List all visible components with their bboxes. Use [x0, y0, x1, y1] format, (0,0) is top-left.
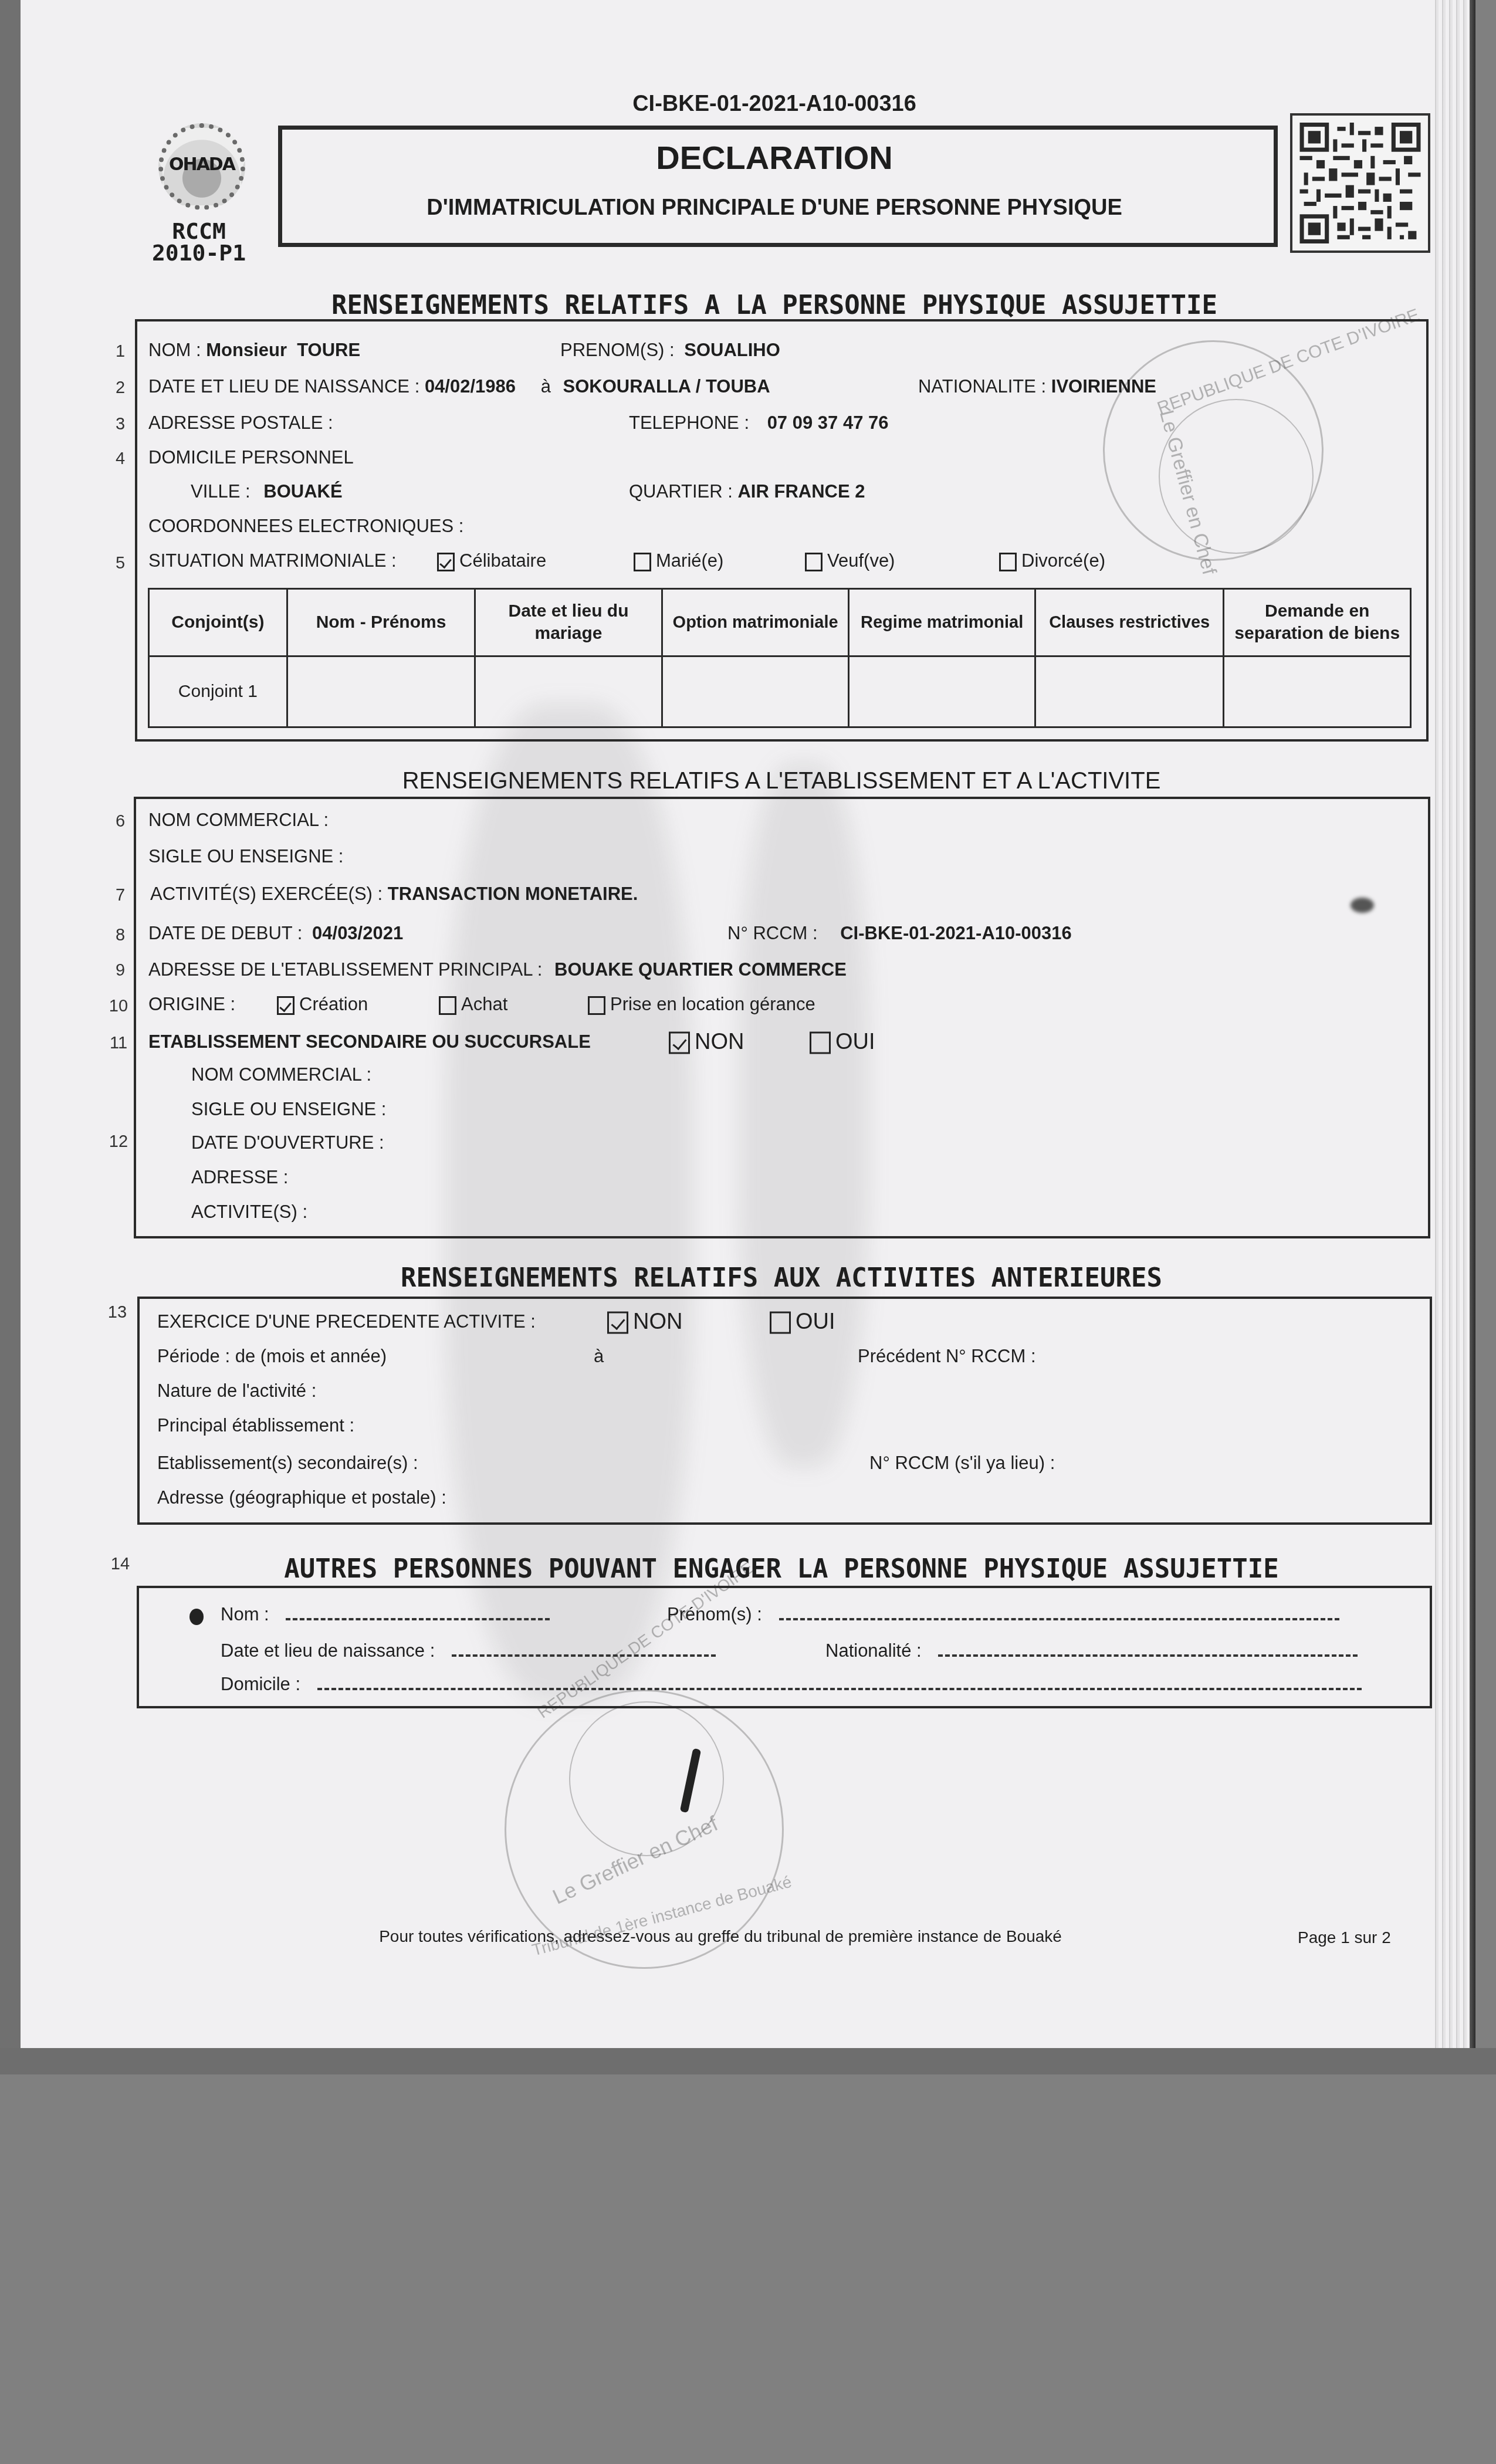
section-personne-title: RENSEIGNEMENTS RELATIFS A LA PERSONNE PH…	[331, 290, 1217, 320]
autres-prenoms-input[interactable]	[779, 1618, 1339, 1620]
checkbox-empty-icon[interactable]	[999, 553, 1017, 571]
adresse-etablissement-field: ADRESSE DE L'ETABLISSEMENT PRINCIPAL : B…	[148, 959, 847, 980]
autres-nom-label: Nom :	[221, 1604, 269, 1624]
section-etablissement-title: RENSEIGNEMENTS RELATIFS A L'ETABLISSEMEN…	[402, 768, 1161, 794]
checkbox-exercice-oui[interactable]: OUI	[770, 1309, 835, 1335]
row-number: 13	[108, 1303, 127, 1322]
autres-nom-field: Nom :	[221, 1604, 550, 1625]
rccm-label: N° RCCM :	[727, 923, 818, 943]
date-debut-value: 04/03/2021	[312, 923, 403, 943]
autres-nationalite-field: Nationalité :	[825, 1640, 1358, 1661]
date-debut-label: DATE DE DEBUT :	[148, 923, 302, 943]
adresse-anterieure-label: Adresse (géographique et postale) :	[157, 1487, 446, 1508]
prenoms-label: PRENOM(S) :	[560, 340, 675, 360]
adresse-etablissement-value: BOUAKE QUARTIER COMMERCE	[554, 959, 847, 980]
conjoint-table: Conjoint(s) Nom - Prénoms Date et lieu d…	[148, 588, 1412, 728]
rccm-field: N° RCCM : CI-BKE-01-2021-A10-00316	[727, 923, 1072, 944]
checkbox-label: Prise en location gérance	[610, 994, 815, 1014]
table-cell	[1035, 656, 1224, 727]
ohada-logo-text: OHADA	[169, 154, 235, 175]
rccm-value: CI-BKE-01-2021-A10-00316	[840, 923, 1072, 943]
checkbox-label: Création	[299, 994, 368, 1014]
scan-edge-shading	[1431, 0, 1475, 2048]
autres-prenoms-label: Prénom(s) :	[667, 1604, 762, 1624]
checkbox-empty-icon[interactable]	[588, 996, 605, 1015]
sec-sigle-label: SIGLE OU ENSEIGNE :	[191, 1099, 386, 1120]
nationalite-label: NATIONALITE :	[918, 376, 1046, 397]
origine-label: ORIGINE :	[148, 994, 235, 1015]
naissance-label: DATE ET LIEU DE NAISSANCE :	[148, 376, 419, 397]
nom-commercial-label: NOM COMMERCIAL :	[148, 810, 329, 831]
form-code-version: 2010-P1	[152, 240, 246, 266]
table-row: Conjoint 1	[149, 656, 1411, 727]
checkbox-empty-icon[interactable]	[810, 1031, 831, 1054]
exercice-label: EXERCICE D'UNE PRECEDENTE ACTIVITE :	[157, 1311, 536, 1332]
adresse-postale-label: ADRESSE POSTALE :	[148, 412, 333, 434]
precedent-rccm-label: Précédent N° RCCM :	[858, 1346, 1036, 1367]
quartier-value: AIR FRANCE 2	[737, 481, 865, 502]
situation-label: SITUATION MATRIMONIALE :	[148, 550, 397, 571]
checkbox-achat[interactable]: Achat	[439, 994, 507, 1015]
checkbox-empty-icon[interactable]	[770, 1311, 791, 1333]
autres-prenoms-field: Prénom(s) :	[667, 1604, 1339, 1625]
sec-activites-label: ACTIVITE(S) :	[191, 1201, 307, 1223]
qr-code-pattern	[1299, 123, 1421, 243]
periode-a: à	[594, 1346, 604, 1367]
autres-nom-input[interactable]	[286, 1618, 550, 1620]
checkbox-empty-icon[interactable]	[634, 553, 651, 571]
scan-background-band	[0, 2048, 1496, 2074]
ville-label: VILLE :	[191, 481, 251, 502]
footer-note: Pour toutes vérifications, adressez-vous…	[379, 1927, 1062, 1946]
naissance-lieu: SOKOURALLA / TOUBA	[563, 376, 770, 397]
checkbox-label: Célibataire	[459, 550, 546, 571]
nature-label: Nature de l'activité :	[157, 1380, 316, 1402]
row-number: 7	[116, 886, 125, 905]
reference-number: CI-BKE-01-2021-A10-00316	[632, 92, 916, 117]
autres-nationalite-input[interactable]	[938, 1654, 1358, 1657]
checkbox-label: Marié(e)	[656, 550, 723, 571]
checkbox-divorce[interactable]: Divorcé(e)	[999, 550, 1105, 571]
column-header: Regime matrimonial	[849, 589, 1035, 656]
checkbox-marie[interactable]: Marié(e)	[634, 550, 723, 571]
quartier-label: QUARTIER :	[629, 481, 733, 502]
nationalite-value: IVOIRIENNE	[1051, 376, 1156, 397]
ville-field: VILLE : BOUAKÉ	[191, 481, 343, 502]
row-number: 11	[110, 1034, 127, 1053]
checkbox-label: Divorcé(e)	[1021, 550, 1105, 571]
autres-domicile-field: Domicile :	[221, 1674, 1362, 1695]
checkbox-veuf[interactable]: Veuf(ve)	[805, 550, 895, 571]
activites-field: ACTIVITÉ(S) EXERCÉE(S) : TRANSACTION MON…	[150, 884, 638, 905]
table-cell	[1224, 656, 1411, 727]
row-number: 4	[116, 449, 125, 469]
secondaires-label: Etablissement(s) secondaire(s) :	[157, 1453, 418, 1474]
document-subtitle: D'IMMATRICULATION PRINCIPALE D'UNE PERSO…	[427, 195, 1122, 221]
nom-value: Monsieur TOURE	[206, 340, 360, 360]
activites-value: TRANSACTION MONETAIRE.	[388, 884, 638, 904]
column-header: Option matrimoniale	[662, 589, 849, 656]
row-number: 2	[116, 378, 125, 398]
principal-label: Principal établissement :	[157, 1415, 354, 1436]
row-number: 9	[116, 961, 125, 980]
column-header: Clauses restrictives	[1035, 589, 1224, 656]
ville-value: BOUAKÉ	[263, 481, 342, 502]
checkbox-label: NON	[633, 1309, 682, 1334]
table-cell	[475, 656, 662, 727]
telephone-label: TELEPHONE :	[629, 412, 749, 433]
periode-label: Période : de (mois et année)	[157, 1346, 387, 1367]
row-number: 14	[111, 1555, 130, 1574]
table-cell	[662, 656, 849, 727]
checkbox-label: NON	[695, 1030, 744, 1054]
secondaire-label: ETABLISSEMENT SECONDAIRE OU SUCCURSALE	[148, 1031, 591, 1052]
telephone-field: TELEPHONE : 07 09 37 47 76	[629, 412, 888, 434]
column-header: Nom - Prénoms	[287, 589, 475, 656]
activites-label: ACTIVITÉ(S) EXERCÉE(S) :	[150, 884, 383, 904]
row-number: 6	[116, 812, 125, 831]
checkbox-exercice-non[interactable]: NON	[607, 1309, 682, 1335]
autres-nationalite-label: Nationalité :	[825, 1640, 922, 1661]
conjoint-table-header: Conjoint(s) Nom - Prénoms Date et lieu d…	[149, 589, 1411, 656]
autres-naissance-field: Date et lieu de naissance :	[221, 1640, 716, 1661]
autres-domicile-label: Domicile :	[221, 1674, 300, 1694]
checkbox-empty-icon[interactable]	[439, 996, 456, 1015]
qr-code-icon	[1290, 113, 1430, 253]
domicile-label: DOMICILE PERSONNEL	[148, 447, 354, 468]
row-number: 1	[116, 342, 125, 361]
prenoms-value: SOUALIHO	[684, 340, 780, 360]
column-header: Demande en separation de biens	[1224, 589, 1411, 656]
checkbox-label: Veuf(ve)	[827, 550, 895, 571]
sec-adresse-label: ADRESSE :	[191, 1167, 288, 1188]
checkbox-checked-icon[interactable]	[669, 1031, 690, 1054]
table-cell	[287, 656, 475, 727]
checkbox-label: OUI	[835, 1030, 875, 1054]
table-cell	[849, 656, 1035, 727]
checkbox-creation[interactable]: Création	[277, 994, 368, 1015]
date-debut-field: DATE DE DEBUT : 04/03/2021	[148, 923, 403, 944]
naissance-field: DATE ET LIEU DE NAISSANCE : 04/02/1986 à…	[148, 376, 770, 397]
checkbox-empty-icon[interactable]	[805, 553, 823, 571]
scan-edge	[1470, 0, 1475, 2048]
sec-nom-commercial-label: NOM COMMERCIAL :	[191, 1064, 371, 1085]
checkbox-celibataire[interactable]: Célibataire	[437, 550, 546, 571]
quartier-field: QUARTIER : AIR FRANCE 2	[629, 481, 865, 502]
scan-background-left	[0, 0, 21, 2074]
row-number: 3	[116, 415, 125, 434]
document-title: DECLARATION	[656, 138, 892, 177]
autres-naissance-label: Date et lieu de naissance :	[221, 1640, 435, 1661]
checkbox-label: Achat	[461, 994, 507, 1014]
table-cell: Conjoint 1	[149, 656, 287, 727]
checkbox-label: OUI	[796, 1309, 835, 1334]
row-number: 8	[116, 926, 125, 945]
row-number: 12	[109, 1132, 128, 1152]
adresse-etablissement-label: ADRESSE DE L'ETABLISSEMENT PRINCIPAL :	[148, 959, 542, 980]
telephone-value: 07 09 37 47 76	[767, 412, 889, 433]
sigle-label: SIGLE OU ENSEIGNE :	[148, 846, 343, 867]
checkbox-secondaire-non[interactable]: NON	[669, 1030, 744, 1055]
column-header: Conjoint(s)	[149, 589, 287, 656]
ohada-logo: OHADA	[158, 123, 245, 210]
section-autres-title: AUTRES PERSONNES POUVANT ENGAGER LA PERS…	[284, 1554, 1278, 1584]
page-indicator: Page 1 sur 2	[1298, 1928, 1391, 1947]
row-number: 5	[116, 554, 125, 573]
naissance-date: 04/02/1986	[425, 376, 516, 397]
nom-label: NOM :	[148, 340, 201, 360]
checkbox-location-gerance[interactable]: Prise en location gérance	[588, 994, 815, 1015]
checkbox-secondaire-oui[interactable]: OUI	[810, 1030, 875, 1055]
nationalite-field: NATIONALITE : IVOIRIENNE	[918, 376, 1156, 397]
row-number: 10	[109, 997, 128, 1016]
autres-domicile-input[interactable]	[317, 1688, 1362, 1690]
section-anterieures-title: RENSEIGNEMENTS RELATIFS AUX ACTIVITES AN…	[401, 1263, 1162, 1293]
bullet-icon	[189, 1609, 204, 1625]
checkbox-checked-icon[interactable]	[437, 553, 455, 571]
column-header: Date et lieu du mariage	[475, 589, 662, 656]
checkbox-checked-icon[interactable]	[607, 1311, 628, 1333]
autres-naissance-input[interactable]	[452, 1654, 716, 1657]
coordonnees-label: COORDONNEES ELECTRONIQUES :	[148, 516, 463, 537]
naissance-a: à	[541, 376, 551, 397]
rccm-lieu-label: N° RCCM (s'il ya lieu) :	[869, 1453, 1055, 1474]
prenoms-field: PRENOM(S) : SOUALIHO	[560, 340, 780, 361]
checkbox-checked-icon[interactable]	[277, 996, 295, 1015]
nom-field: NOM : Monsieur TOURE	[148, 340, 360, 361]
sec-date-ouverture-label: DATE D'OUVERTURE :	[191, 1132, 384, 1153]
